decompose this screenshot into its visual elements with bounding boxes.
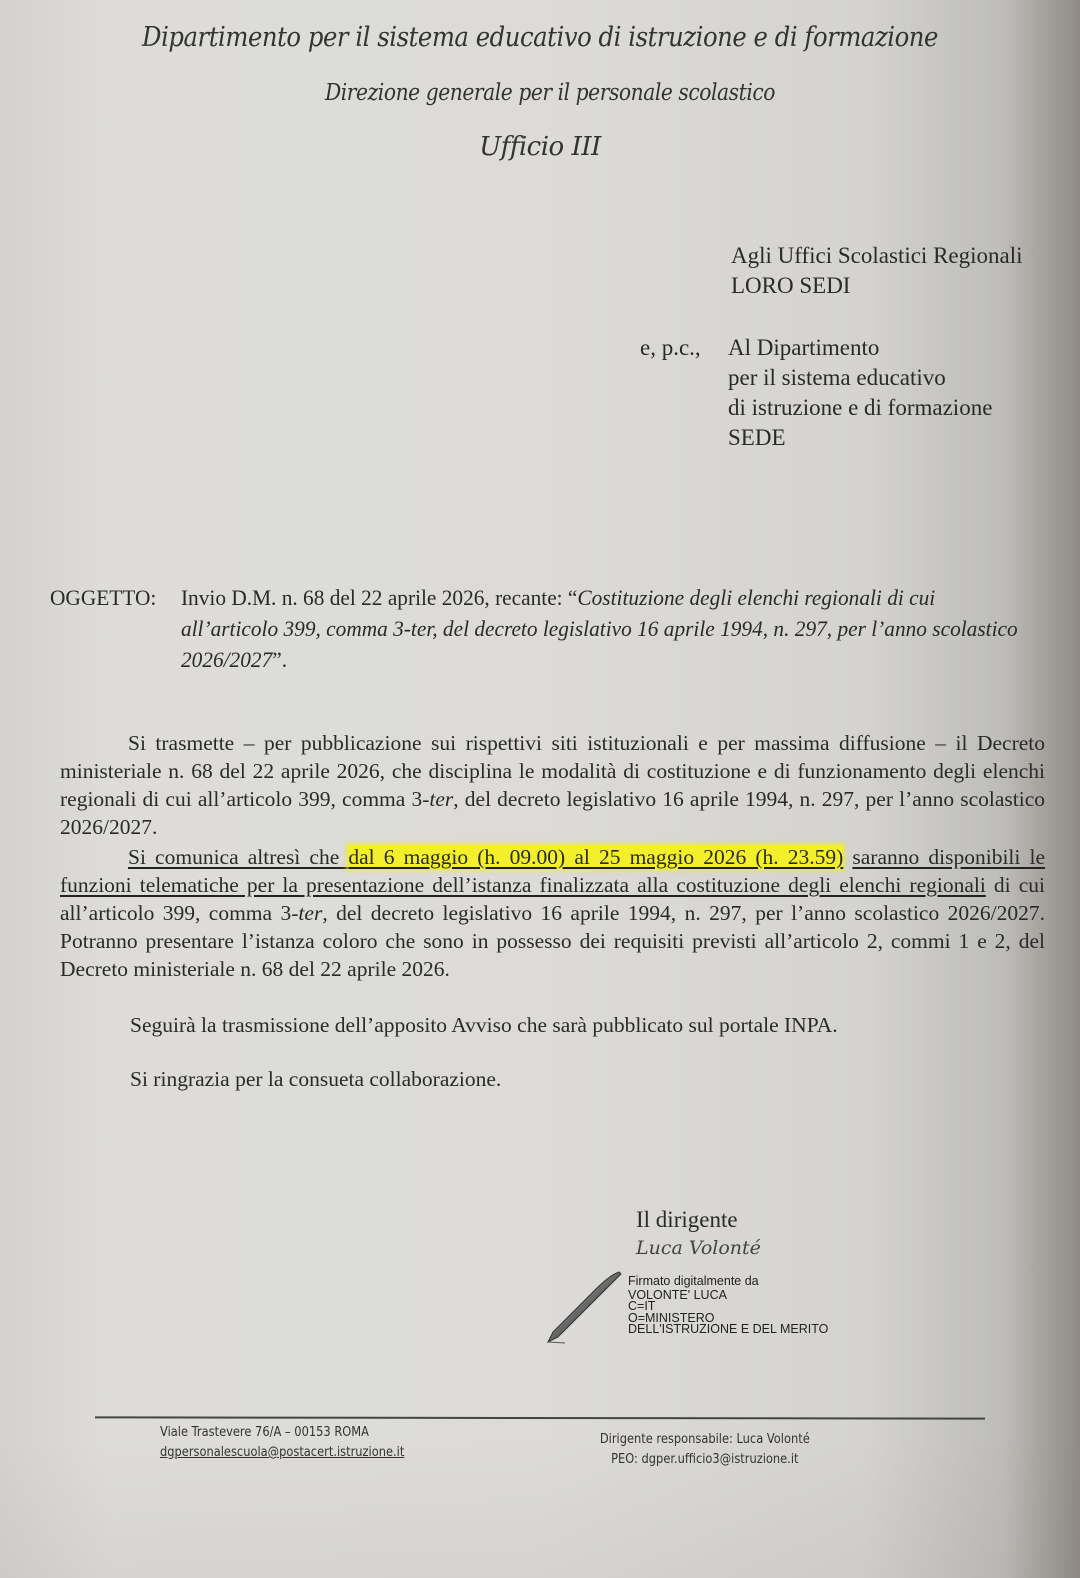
highlighted-dates: dal 6 maggio (h. 09.00) al 25 maggio 202… bbox=[348, 845, 843, 869]
directorate-heading: Direzione generale per il personale scol… bbox=[75, 80, 1025, 106]
recipients-cc: Al Dipartimento per il sistema educativo… bbox=[728, 333, 992, 453]
p1-ter: ter bbox=[429, 787, 453, 811]
p2-ter: ter bbox=[298, 901, 322, 925]
cc-line: SEDE bbox=[728, 423, 992, 453]
paragraph-inpa-notice: Seguirà la trasmissione dell’apposito Av… bbox=[130, 1011, 1030, 1039]
footer-address: Viale Trastevere 76/A – 00153 ROMA bbox=[160, 1423, 404, 1443]
subject-block: OGGETTO: Invio D.M. n. 68 del 22 aprile … bbox=[50, 582, 1030, 675]
recipient-line: LORO SEDI bbox=[731, 271, 1023, 301]
paragraph-deadline: Si comunica altresì che dal 6 maggio (h.… bbox=[60, 843, 1045, 983]
subject-outro: ”. bbox=[272, 647, 287, 672]
footer-divider bbox=[95, 1416, 985, 1419]
recipient-line: Agli Uffici Scolastici Regionali bbox=[731, 241, 1023, 271]
footer-pec-link[interactable]: dgpersonalescuola@postacert.istruzione.i… bbox=[160, 1445, 404, 1460]
subject-intro: Invio D.M. n. 68 del 22 aprile 2026, rec… bbox=[181, 585, 577, 610]
footer-peo: PEO: dgper.ufficio3@istruzione.it bbox=[586, 1450, 824, 1470]
subject-label: OGGETTO: bbox=[50, 582, 156, 613]
signer-name-script: Luca Volonté bbox=[636, 1237, 761, 1259]
digisig-line: DELL'ISTRUZIONE E DEL MERITO bbox=[628, 1324, 828, 1336]
underlined-text-start: Si comunica altresì che bbox=[128, 845, 348, 869]
recipients-to: Agli Uffici Scolastici Regionali LORO SE… bbox=[731, 241, 1023, 301]
cc-line: Al Dipartimento bbox=[728, 333, 992, 363]
cc-label: e, p.c., bbox=[640, 333, 701, 363]
footer-left: Viale Trastevere 76/A – 00153 ROMA dgper… bbox=[160, 1423, 404, 1463]
cc-line: di istruzione e di formazione bbox=[728, 393, 992, 423]
footer-right: Dirigente responsabile: Luca Volonté PEO… bbox=[586, 1430, 824, 1470]
department-heading: Dipartimento per il sistema educativo di… bbox=[54, 22, 1026, 53]
signature-block: Il dirigente Luca Volonté bbox=[636, 1207, 761, 1259]
digital-signature-stamp: Firmato digitalmente da VOLONTE' LUCA C=… bbox=[628, 1276, 828, 1336]
digisig-line: Firmato digitalmente da bbox=[628, 1276, 828, 1288]
office-heading: Ufficio III bbox=[0, 132, 1080, 162]
footer-responsible: Dirigente responsabile: Luca Volonté bbox=[586, 1430, 824, 1450]
paragraph-thanks: Si ringrazia per la consueta collaborazi… bbox=[130, 1065, 1030, 1093]
signer-title: Il dirigente bbox=[636, 1207, 761, 1233]
digisig-line: VOLONTE' LUCA bbox=[628, 1290, 828, 1302]
pen-icon bbox=[545, 1270, 625, 1345]
cc-line: per il sistema educativo bbox=[728, 363, 992, 393]
subject-text: Invio D.M. n. 68 del 22 aprile 2026, rec… bbox=[181, 582, 1030, 675]
paragraph-transmission: Si trasmette – per pubblicazione sui ris… bbox=[60, 729, 1045, 841]
